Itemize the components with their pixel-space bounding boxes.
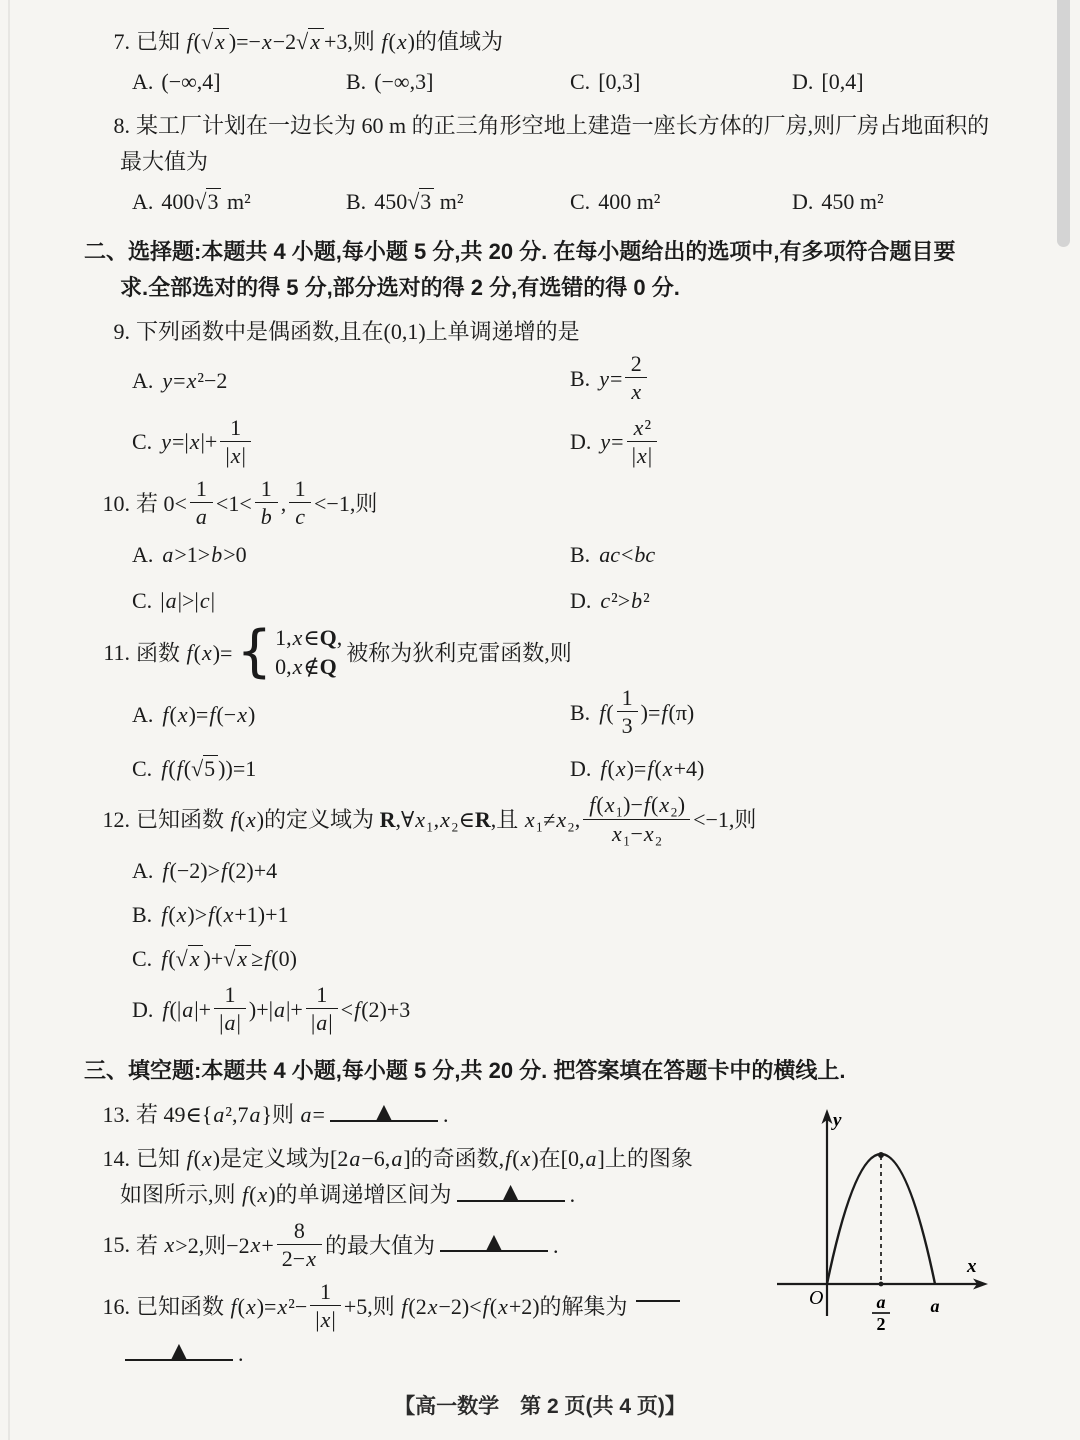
fraction-numerator: 1 <box>310 1279 341 1306</box>
math-variable: y <box>160 429 172 454</box>
text-run: +4) <box>674 756 705 781</box>
math-variable: f <box>230 807 238 832</box>
text-run: 1, <box>275 625 292 650</box>
text-run: )+ <box>203 946 223 971</box>
fraction-numerator: 1 <box>220 415 251 442</box>
radical-sign: √ <box>223 946 235 971</box>
math-bold-set: Q <box>320 625 337 650</box>
question-number: 11. <box>84 635 130 671</box>
fraction: 1c <box>289 476 311 530</box>
fraction: 1|a| <box>214 982 246 1036</box>
text-run: | <box>648 443 652 468</box>
radicand: x <box>235 945 251 971</box>
math-variable: y <box>161 368 173 393</box>
option-label: D. <box>792 189 813 214</box>
math-variable: f <box>186 640 194 665</box>
option-label: D. <box>792 69 813 94</box>
text-run: ( <box>194 29 201 54</box>
fraction: 82−x <box>277 1218 322 1272</box>
option-C: C.400 m² <box>570 184 792 220</box>
text-run: |+ <box>194 997 211 1022</box>
text-run: (| <box>170 997 182 1022</box>
question: 9.下列函数中是偶函数,且在(0,1)上单调递增的是A.y=x²−2B.y=2x… <box>84 314 1044 471</box>
option-A: A.f(−2)>f(2)+4 <box>132 853 1044 889</box>
math-variable: c <box>294 504 306 529</box>
text-run: ( <box>194 640 201 665</box>
option-A: A.a>1>b>0 <box>132 537 570 573</box>
text-run: [0,4] <box>821 69 863 94</box>
text-run: <−1,则 <box>314 491 377 516</box>
radical-sign: √ <box>191 756 203 781</box>
text-run: 三、填空题:本题共 4 小题,每小题 5 分,共 20 分. 把答案填在答题卡中… <box>84 1058 846 1083</box>
text-run: ₁)− <box>615 792 642 817</box>
option-B: B.450√3 m² <box>346 184 570 220</box>
math-variable: x <box>245 1294 257 1319</box>
fraction-denominator: 2−x <box>277 1245 322 1271</box>
math-variable: a <box>223 1010 236 1035</box>
text-run: ( <box>168 902 175 927</box>
question-line: 7.已知 f(√x)=−x−2√x+3,则 f(x)的值域为 <box>84 24 1044 60</box>
axis-dot <box>879 1282 884 1287</box>
math-variable: a <box>315 1010 328 1035</box>
text-run: |+ <box>201 429 218 454</box>
footer-text: 【高一数学 第 2 页(共 4 页)】 <box>394 1395 686 1418</box>
question-number: 13. <box>84 1097 130 1133</box>
text-run: , <box>337 625 343 650</box>
fraction-denominator: |x| <box>627 442 658 468</box>
math-variable: x <box>189 429 201 454</box>
option-label: D. <box>132 997 153 1022</box>
text-run: }则 <box>261 1102 299 1127</box>
text-run: )的单调递增区间为 <box>268 1182 451 1207</box>
text-run: < <box>621 542 633 567</box>
question: 10.若 0<1a<1<1b,1c<−1,则A.a>1>b>0B.ac<bcC.… <box>84 479 1044 619</box>
section-header: 二、选择题:本题共 4 小题,每小题 5 分,共 20 分. 在每小题给出的选项… <box>84 234 1044 306</box>
text-run: −6, <box>361 1146 390 1171</box>
text-run: 最大值为 <box>120 149 208 174</box>
option-D: D.450 m² <box>792 184 1044 220</box>
math-variable: a <box>585 1146 598 1171</box>
radical-sign: √ <box>194 189 206 214</box>
option-C: C.y=|x|+1|x| <box>132 418 570 472</box>
option-math: a>1>b>0 <box>161 542 246 567</box>
text-run: (2)+4 <box>228 858 277 883</box>
option-D: D.f(x)=f(x+4) <box>570 751 1044 787</box>
option-math: |a|>|c| <box>160 588 215 613</box>
fraction-numerator: 1 <box>617 685 638 712</box>
question-line: 10.若 0<1a<1<1b,1c<−1,则 <box>84 479 1044 533</box>
text-run: 0, <box>275 654 292 679</box>
text-run: (2)+3 <box>361 997 410 1022</box>
text-run: 1 <box>196 476 207 501</box>
exam-page: 7.已知 f(√x)=−x−2√x+3,则 f(x)的值域为A.(−∞,4]B.… <box>0 0 1080 1440</box>
option-math: 400 m² <box>598 189 660 214</box>
text-run: ,且 <box>491 807 524 832</box>
options-group: A.400√3 m²B.450√3 m²C.400 m²D.450 m² <box>132 184 1044 220</box>
text-run: ₁− <box>623 821 643 846</box>
option-label: B. <box>132 902 152 927</box>
text-run: (− <box>216 702 236 727</box>
option-math: y=x²−2 <box>161 368 227 393</box>
option-math: f(f(√5))=1 <box>160 756 256 781</box>
text-run: 1 <box>320 1279 331 1304</box>
text-run: ∉ <box>303 654 319 679</box>
triangle-mark: ▲ <box>486 1232 503 1254</box>
math-variable: x <box>223 902 235 927</box>
math-variable: a <box>165 588 178 613</box>
fraction: 1a <box>190 476 213 530</box>
fraction-denominator: 3 <box>617 712 638 738</box>
text-run: ( <box>194 1146 201 1171</box>
text-run: )= <box>257 1294 277 1319</box>
text-run: )> <box>187 902 207 927</box>
option-label: B. <box>570 542 590 567</box>
math-variable: x <box>611 821 623 846</box>
radicand: 3 <box>206 188 221 214</box>
fraction-numerator: x² <box>627 415 658 442</box>
graph-svg: y x O a 2 a <box>775 1104 1010 1334</box>
math-variable: b <box>260 504 273 529</box>
question-line: 12.已知函数 f(x)的定义域为 R,∀x₁,x₂∈R,且 x₁≠x₂,f(x… <box>84 795 1044 849</box>
option-math: f(13)=f(π) <box>598 700 694 725</box>
option-B: B.ac<bc <box>570 537 1044 573</box>
math-variable: a <box>348 1146 361 1171</box>
peak-x-label-numerator: a <box>877 1292 886 1312</box>
text-run: 450 m² <box>821 189 883 214</box>
fraction: x²|x| <box>627 415 658 469</box>
text-run: 3 <box>622 713 633 738</box>
option-C: C.|a|>|c| <box>132 583 570 619</box>
option-A: A.(−∞,4] <box>132 64 346 100</box>
math-variable: x <box>555 807 567 832</box>
text-run: ( <box>168 946 175 971</box>
math-variable: f <box>220 858 228 883</box>
text-run: = <box>611 429 623 454</box>
fraction: f(x₁)−f(x₂)x₁−x₂ <box>583 792 690 846</box>
math-variable: x <box>201 1146 213 1171</box>
math-variable: b <box>210 542 223 567</box>
text-run: 已知函数 <box>136 807 230 832</box>
math-variable: x <box>164 1232 176 1257</box>
math-variable: x <box>633 415 645 440</box>
math-variable: a <box>273 997 286 1022</box>
fraction-numerator: 2 <box>625 351 647 378</box>
text-run: |+ <box>286 997 303 1022</box>
question: 11.函数 f(x)={1,x∈Q,0,x∉Q被称为狄利克雷函数,则A.f(x)… <box>84 627 1044 788</box>
math-variable: ac <box>598 542 621 567</box>
option-math: (−∞,4] <box>161 69 220 94</box>
text-run: ( <box>238 1294 245 1319</box>
math-variable: x <box>309 29 321 54</box>
fraction: 1b <box>255 476 278 530</box>
option-label: D. <box>570 588 591 613</box>
text-run: ₂, <box>567 807 580 832</box>
question: 7.已知 f(√x)=−x−2√x+3,则 f(x)的值域为A.(−∞,4]B.… <box>84 24 1044 100</box>
text-run: , <box>281 491 287 516</box>
text-run: )在[0, <box>531 1146 584 1171</box>
scrollbar-thumb[interactable] <box>1057 0 1070 247</box>
text-run: 2− <box>282 1246 305 1271</box>
text-run: ₂ <box>655 821 663 846</box>
text-run: )的定义域为 <box>257 807 380 832</box>
question-number: 10. <box>84 486 130 522</box>
option-B: B.(−∞,3] <box>346 64 570 100</box>
fraction: 1|x| <box>310 1279 341 1333</box>
x-axis-label: x <box>966 1256 977 1277</box>
math-variable: x <box>214 29 226 54</box>
text-run: (0) <box>271 946 297 971</box>
question: 8.某工厂计划在一边长为 60 m 的正三角形空地上建造一座长方体的厂房,则厂房… <box>84 108 1044 220</box>
fraction-numerator: 1 <box>190 476 213 503</box>
math-variable: x <box>176 902 188 927</box>
math-variable: x <box>276 1294 288 1319</box>
text-run: 450 <box>374 189 407 214</box>
case-row: 1,x∈Q, <box>275 624 342 652</box>
fraction-denominator: |a| <box>306 1009 338 1035</box>
radical-sign: √ <box>296 29 308 54</box>
fraction-denominator: x₁−x₂ <box>583 820 690 846</box>
text-run: ( <box>606 700 613 725</box>
option-D: D.y=x²|x| <box>570 418 1044 472</box>
math-variable: b <box>630 588 643 613</box>
text-run: | <box>328 1010 332 1035</box>
math-variable: x <box>245 807 257 832</box>
text-run: = <box>173 368 185 393</box>
text-run: 已知 <box>136 29 186 54</box>
radicand: x <box>213 28 229 54</box>
function-graph: y x O a 2 a <box>775 1104 1010 1334</box>
radicand: 5 <box>203 755 218 781</box>
text-run: )是定义域为[2 <box>213 1146 349 1171</box>
fraction: 2x <box>625 351 647 405</box>
sqrt-expression: √x <box>296 24 324 60</box>
option-math: f(√x)+√x≥f(0) <box>160 946 297 971</box>
text-run: ∈ <box>303 625 319 650</box>
math-variable: x <box>520 1146 532 1171</box>
triangle-mark: ▲ <box>171 1341 188 1363</box>
text-run: < <box>341 997 353 1022</box>
option-label: A. <box>132 69 153 94</box>
text-run: )= <box>627 756 647 781</box>
question-line: 8.某工厂计划在一边长为 60 m 的正三角形空地上建造一座长方体的厂房,则厂房… <box>84 108 1044 144</box>
text-run: 5 <box>204 756 215 781</box>
text-run: ( <box>512 1146 519 1171</box>
question-line: 最大值为 <box>84 144 1044 180</box>
math-variable: x <box>186 368 198 393</box>
math-variable: x <box>236 946 248 971</box>
text-run: 如图所示,则 <box>120 1182 241 1207</box>
question-line: 9.下列函数中是偶函数,且在(0,1)上单调递增的是 <box>84 314 1044 350</box>
text-run: ₁, <box>426 807 439 832</box>
text-run: ( <box>168 756 175 781</box>
option-C: C.f(f(√5))=1 <box>132 751 570 787</box>
text-run: ²> <box>611 588 630 613</box>
text-run: | <box>211 588 215 613</box>
option-math: c²>b² <box>599 588 649 613</box>
math-variable: f <box>186 1146 194 1171</box>
option-D: D.[0,4] <box>792 64 1044 100</box>
screenshot-root: { "colors":{"paper":"#f6f5f2","ink":"#1b… <box>0 0 1080 1440</box>
option-A: A.400√3 m² <box>132 184 346 220</box>
text-run: | <box>242 443 246 468</box>
fraction: 1|a| <box>306 982 338 1036</box>
math-variable: c <box>199 588 211 613</box>
option-math: f(x)=f(x+4) <box>599 756 704 781</box>
math-variable: f <box>186 29 194 54</box>
option-math: 400√3 m² <box>161 189 250 214</box>
text-run: = <box>313 1102 325 1127</box>
text-run: ≥ <box>251 946 263 971</box>
fraction-denominator: x <box>625 378 647 404</box>
option-A: A.y=x²−2 <box>132 363 570 399</box>
math-variable: a <box>195 504 208 529</box>
text-run: 8 <box>294 1218 305 1243</box>
sqrt-expression: √5 <box>191 751 218 787</box>
radicand: 3 <box>419 188 434 214</box>
question-number: 7. <box>84 24 130 60</box>
case-rows: 1,x∈Q,0,x∉Q <box>275 624 342 681</box>
options-group: A.(−∞,4]B.(−∞,3]C.[0,3]D.[0,4] <box>132 64 1044 100</box>
math-variable: x <box>256 1182 268 1207</box>
math-variable: f <box>176 756 184 781</box>
fraction-denominator: |a| <box>214 1009 246 1035</box>
text-run: 1 <box>230 415 241 440</box>
text-run: 已知函数 <box>136 1294 230 1319</box>
fraction-denominator: |x| <box>310 1306 341 1332</box>
text-run: 已知 <box>136 1146 186 1171</box>
math-variable: x <box>396 29 408 54</box>
text-run: m² <box>434 189 463 214</box>
math-variable: f <box>643 792 651 817</box>
text-run: 若 49∈{ <box>136 1102 212 1127</box>
text-run: 若 <box>136 1232 164 1257</box>
option-label: C. <box>132 756 152 781</box>
option-math: 450√3 m² <box>374 189 463 214</box>
blank-line-start <box>636 1278 680 1302</box>
text-run: |>| <box>178 588 199 613</box>
option-label: A. <box>132 702 153 727</box>
answer-blank: ▲ <box>330 1098 438 1122</box>
math-variable: x <box>177 702 189 727</box>
text-run: 1 <box>316 982 327 1007</box>
math-variable: x <box>497 1294 509 1319</box>
option-math: ac<bc <box>598 542 656 567</box>
question-number: 14. <box>84 1141 130 1177</box>
option-label: D. <box>570 756 591 781</box>
option-label: A. <box>132 368 153 393</box>
fraction-denominator: |x| <box>220 442 251 468</box>
text-run: 400 <box>161 189 194 214</box>
math-variable: x <box>189 946 201 971</box>
y-axis-label: y <box>831 1110 842 1131</box>
option-math: y=2x <box>598 366 650 391</box>
text-run: = <box>610 366 622 391</box>
math-variable: a <box>248 1102 261 1127</box>
page-footer: 【高一数学 第 2 页(共 4 页)】 <box>0 1390 1080 1420</box>
math-variable: x <box>630 379 642 404</box>
math-variable: y <box>598 366 610 391</box>
math-bold-set: Q <box>320 654 337 679</box>
math-variable: a <box>161 542 174 567</box>
fraction-numerator: 1 <box>306 982 338 1009</box>
option-math: f(x)=f(−x) <box>161 702 255 727</box>
math-bold-set: R <box>475 807 491 832</box>
math-variable: x <box>414 807 426 832</box>
text-run: +2)的解集为 <box>509 1294 628 1319</box>
math-variable: x <box>524 807 536 832</box>
radicand: x <box>308 28 324 54</box>
option-B: B.f(x)>f(x+1)+1 <box>132 897 1044 933</box>
answer-blank: ▲ <box>457 1178 565 1202</box>
question-line: 11.函数 f(x)={1,x∈Q,0,x∉Q被称为狄利克雷函数,则 <box>84 627 1044 684</box>
option-label: C. <box>570 189 590 214</box>
text-run: ( <box>238 807 245 832</box>
question-number: 9. <box>84 314 130 350</box>
fraction-numerator: 8 <box>277 1218 322 1245</box>
text-run: −2)< <box>438 1294 481 1319</box>
math-variable: x <box>427 1294 439 1319</box>
text-run: ( <box>389 29 396 54</box>
text-run: )= <box>189 702 209 727</box>
math-variable: x <box>236 702 248 727</box>
text-run: >2,则−2 <box>175 1232 249 1257</box>
question: 12.已知函数 f(x)的定义域为 R,∀x₁,x₂∈R,且 x₁≠x₂,f(x… <box>84 795 1044 1038</box>
fraction-numerator: 1 <box>214 982 246 1009</box>
text-run: . <box>553 1232 559 1257</box>
question-number: 16. <box>84 1289 130 1325</box>
option-label: A. <box>132 542 153 567</box>
math-variable: f <box>230 1294 238 1319</box>
radicand: x <box>188 945 204 971</box>
option-C: C.f(√x)+√x≥f(0) <box>132 941 1044 977</box>
math-variable: x <box>261 29 273 54</box>
option-B: B.y=2x <box>570 354 1044 408</box>
section-header: 三、填空题:本题共 4 小题,每小题 5 分,共 20 分. 把答案填在答题卡中… <box>84 1053 1044 1089</box>
sqrt-expression: √x <box>223 941 251 977</box>
math-variable: f <box>588 792 596 817</box>
option-B: B.f(13)=f(π) <box>570 688 1044 742</box>
text-run: . <box>238 1341 244 1366</box>
text-run: ² <box>644 415 651 440</box>
math-variable: a <box>212 1102 225 1127</box>
text-run: ]的奇函数, <box>403 1146 504 1171</box>
math-variable: a <box>181 997 194 1022</box>
text-run: | <box>331 1307 335 1332</box>
text-run: <1< <box>216 491 252 516</box>
text-run: . <box>570 1182 576 1207</box>
options-group: A.a>1>b>0B.ac<bcC.|a|>|c|D.c²>b² <box>132 537 1044 619</box>
option-math: f(|a|+1|a|)+|a|+1|a|<f(2)+3 <box>161 997 410 1022</box>
math-variable: f <box>161 997 169 1022</box>
option-label: C. <box>132 946 152 971</box>
option-math: f(−2)>f(2)+4 <box>161 858 277 883</box>
text-run: 下列函数中是偶函数,且在(0,1)上单调递增的是 <box>136 319 580 344</box>
text-run: ²− <box>288 1294 307 1319</box>
option-math: 450 m² <box>821 189 883 214</box>
triangle-mark: ▲ <box>375 1102 392 1124</box>
fraction-denominator: a <box>190 503 213 529</box>
math-variable: x <box>658 792 670 817</box>
text-run: +1)+1 <box>234 902 288 927</box>
text-run: ))=1 <box>218 756 256 781</box>
text-run: <−1,则 <box>693 807 756 832</box>
math-variable: x <box>292 654 304 679</box>
options-group: A.y=x²−2B.y=2xC.y=|x|+1|x|D.y=x²|x| <box>132 354 1044 471</box>
text-run: ( <box>490 1294 497 1319</box>
text-run: 二、选择题:本题共 4 小题,每小题 5 分,共 20 分. 在每小题给出的选项… <box>84 239 956 264</box>
text-run: (−∞,4] <box>161 69 220 94</box>
fraction-denominator: c <box>289 503 311 529</box>
